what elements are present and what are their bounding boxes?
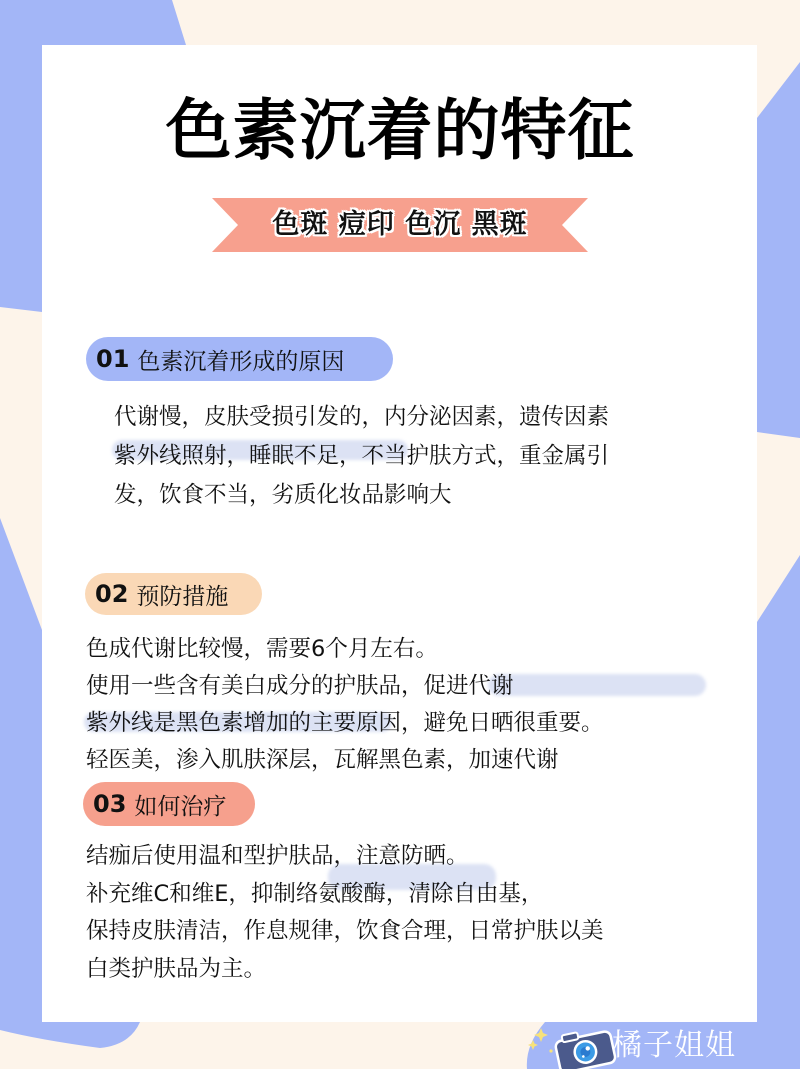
text-line: 补充维C和维E，抑制络氨酸酶，清除自由基， [86, 876, 604, 914]
section-01-heading: 01 色素沉着形成的原因 [86, 337, 393, 381]
text-line: 紫外线照射，睡眠不足，不当护肤方式，重金属引 [114, 437, 609, 476]
section-number: 03 [93, 790, 126, 818]
section-title: 色素沉着形成的原因 [137, 343, 344, 376]
section-title: 如何治疗 [134, 788, 226, 821]
text-line: 使用一些含有美白成分的护肤品，促进代谢 [86, 668, 604, 705]
ribbon-tags: 色斑 痘印 色沉 黑斑 [212, 198, 588, 252]
text-line: 发，饮食不当，劣质化妆品影响大 [114, 476, 609, 515]
text-line: 保持皮肤清洁，作息规律，饮食合理，日常护肤以美 [86, 913, 604, 951]
text-line: 轻医美，渗入肌肤深层，瓦解黑色素，加速代谢 [86, 742, 604, 779]
text-line: 紫外线是黑色素增加的主要原因，避免日晒很重要。 [86, 705, 604, 742]
section-01-body: 代谢慢，皮肤受损引发的，内分泌因素，遗传因素 紫外线照射，睡眠不足，不当护肤方式… [114, 398, 609, 515]
text-line: 白类护肤品为主。 [86, 951, 604, 989]
section-title: 预防措施 [136, 578, 228, 611]
section-03-body: 结痂后使用温和型护肤品，注意防晒。 补充维C和维E，抑制络氨酸酶，清除自由基， … [86, 838, 604, 988]
section-03-heading: 03 如何治疗 [83, 782, 255, 826]
section-number: 01 [96, 345, 129, 373]
text-line: 色成代谢比较慢，需要6个月左右。 [86, 631, 604, 668]
page-title: 色素沉着的特征 [0, 82, 800, 178]
text-line: 结痂后使用温和型护肤品，注意防晒。 [86, 838, 604, 876]
text-line: 代谢慢，皮肤受损引发的，内分泌因素，遗传因素 [114, 398, 609, 437]
watermark-text: 橘子姐姐 [612, 1026, 736, 1066]
section-number: 02 [95, 580, 128, 608]
section-02-body: 色成代谢比较慢，需要6个月左右。 使用一些含有美白成分的护肤品，促进代谢 紫外线… [86, 631, 604, 779]
section-02-heading: 02 预防措施 [85, 573, 262, 615]
